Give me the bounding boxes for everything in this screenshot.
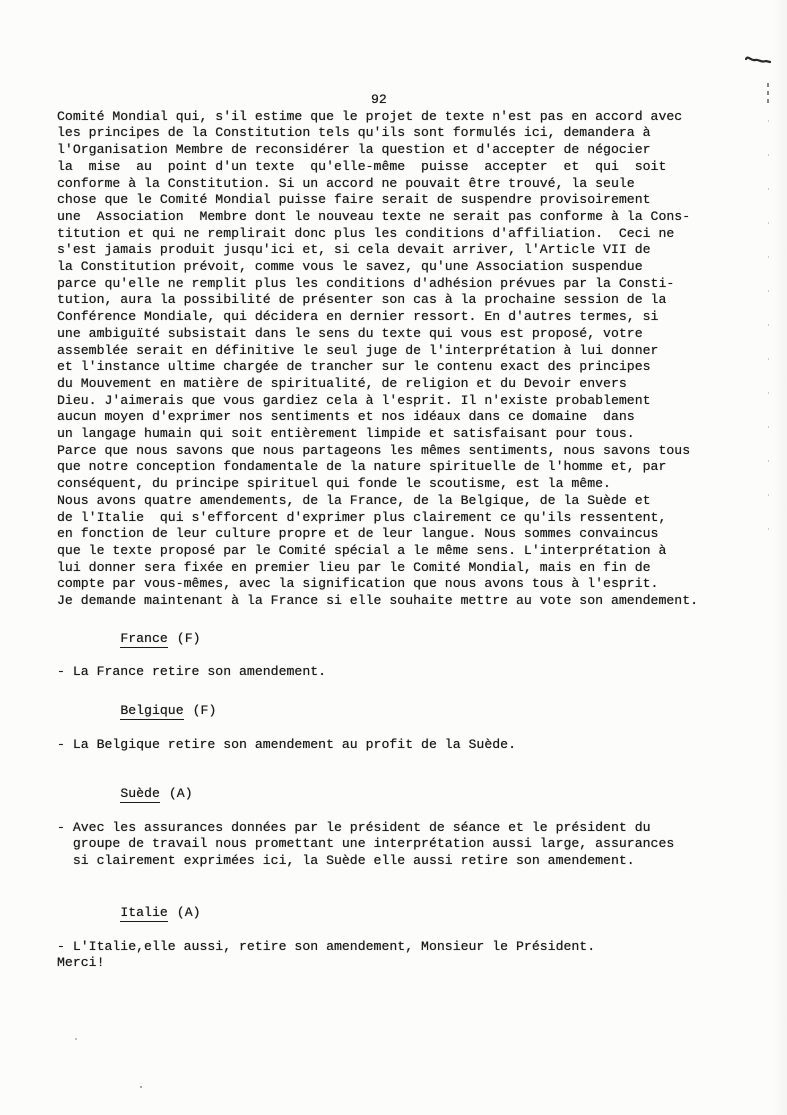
section-heading-belgique: Belgique(F) (57, 687, 757, 737)
scanner-edge-shadow (773, 0, 787, 1115)
scanner-dot-artifacts (768, 120, 769, 540)
language-marker-italie: (A) (177, 905, 201, 920)
country-name-suede: Suède (120, 786, 160, 803)
dust-speck (140, 1086, 142, 1088)
country-name-france: France (120, 631, 167, 648)
section-heading-france: France(F) (57, 614, 757, 664)
page-number: 92 (371, 92, 757, 109)
scanned-document-page: 92 Comité Mondial qui, s'il estime que l… (0, 0, 787, 1115)
section-italie: Italie(A) - L'Italie,elle aussi, retire … (57, 889, 757, 956)
section-france: France(F) - La France retire son amendem… (57, 614, 757, 681)
closing-merci: Merci! (57, 955, 757, 972)
statement-italie: - L'Italie,elle aussi, retire son amende… (57, 939, 757, 956)
country-name-belgique: Belgique (120, 703, 183, 720)
scanner-dash-mark (767, 83, 769, 105)
section-heading-italie: Italie(A) (57, 889, 757, 939)
statement-belgique: - La Belgique retire son amendement au p… (57, 737, 757, 754)
statement-france: - La France retire son amendement. (57, 664, 757, 681)
language-marker-france: (F) (177, 631, 201, 646)
dust-speck (75, 1038, 77, 1040)
statement-suede: - Avec les assurances données par le pré… (57, 820, 757, 870)
language-marker-belgique: (F) (193, 703, 217, 718)
paragraph-question: Je demande maintenant à la France si ell… (57, 593, 757, 610)
section-belgique: Belgique(F) - La Belgique retire son ame… (57, 687, 757, 754)
page-content: 92 Comité Mondial qui, s'il estime que l… (57, 0, 757, 972)
paragraph-amendments: Nous avons quatre amendements, de la Fra… (57, 493, 757, 593)
ink-squiggle-mark (745, 52, 771, 66)
section-heading-suede: Suède(A) (57, 769, 757, 819)
section-suede: Suède(A) - Avec les assurances données p… (57, 769, 757, 869)
paragraph-opening: Comité Mondial qui, s'il estime que le p… (57, 109, 757, 493)
language-marker-suede: (A) (169, 786, 193, 801)
country-name-italie: Italie (120, 905, 167, 922)
